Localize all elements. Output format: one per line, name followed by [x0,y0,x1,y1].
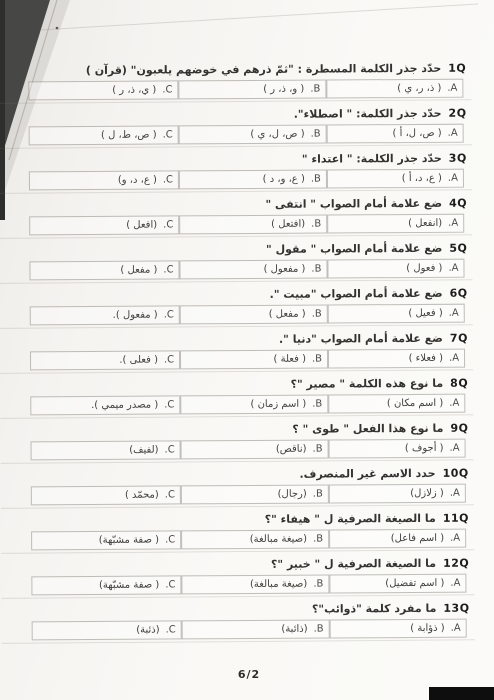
options-row: A. ( أجوف ) B. (ناقص) C. (لفيف) [31,439,466,461]
option-cell: B. (رجال) [181,485,329,505]
option-cell: C. ( ص، ط، ل ) [29,125,179,145]
exam-content: 1Q حدّد جذر الكلمة المسطرة : "ثمّ ذرهم ف… [28,61,470,649]
option-cell: B. (ناقص) [181,440,329,460]
option-cell: B. ( مفعل ) [180,305,328,325]
question-number: 12Q [443,556,469,571]
question-text: ضع علامة أمام الصواب " مقول " [266,241,442,257]
question-block: 11Q ما الصيغة الصرفية ل " هيفاء "؟ A. ( … [31,511,469,551]
option-cell: B. ( ع، و، د ) [179,170,327,190]
scan-speck [56,27,59,30]
option-text: (محمّد ) [125,490,159,501]
option-cell: B. (صيغة مبالغة) [181,575,329,595]
options-row: A. ( ذؤابة ) B. (ذائبة) C. (ذئبة) [32,619,467,641]
option-text: ( ذؤابة ) [410,623,444,634]
option-cell: A. (انفعل ) [327,214,464,234]
option-label: B. [310,84,320,95]
question-number: 5Q [449,241,467,256]
option-label: A. [449,398,459,409]
options-row: A. ( فعول ) B. ( مفعول ) C. ( مفعل ) [29,259,464,281]
option-label: A. [451,623,461,634]
option-cell: A. ( زلازل) [329,484,466,504]
question-block: 12Q ما الصيغة الصرفية ل " خبير "؟ A. ( ا… [31,556,469,596]
option-text: ( مصدر ميمي ). [91,400,158,411]
option-text: ( مفعول ). [113,310,158,321]
option-label: A. [450,533,460,544]
options-row: A. ( فعيل ) B. ( مفعل ) C. ( مفعول ). [30,304,465,326]
answer-write-space [188,629,276,630]
question-head: 11Q ما الصيغة الصرفية ل " هيفاء "؟ [31,511,469,529]
option-cell: A. ( اسم تفضيل) [329,574,466,594]
option-label: B. [312,399,322,410]
option-cell: C. ( مفعل ) [29,260,179,280]
option-text: ( فعلى ). [119,355,158,366]
option-cell: A. ( ع، د، أ ) [327,169,464,189]
option-text: (افعل ) [126,220,157,231]
question-text: ضع علامة أمام الصواب "مبيت ". [270,286,443,302]
question-number: 11Q [443,511,469,526]
option-cell: B. ( اسم زمان ) [180,395,328,415]
scanned-exam-page: { "page": { "footer": "6/2", "questions"… [0,0,494,700]
option-text: ( و، ذ، ر ) [263,84,304,95]
question-number: 7Q [450,331,468,346]
question-block: 9Q ما نوع هذا الفعل " طوى " ؟ A. ( أجوف … [30,421,468,461]
option-cell: A. ( اسم فاعل) [329,529,466,549]
question-number: 9Q [450,421,468,436]
option-text: ( ع، د، أ ) [402,173,442,184]
option-cell: A. ( ص، ل، أ ) [327,124,464,144]
option-cell: C. ( ع، د، و) [29,170,179,190]
options-row: A. ( ع، د، أ ) B. ( ع، و، د ) C. ( ع، د،… [29,169,464,191]
option-label: A. [448,263,458,274]
option-label: B. [311,129,321,140]
answer-write-space [37,495,119,496]
question-block: 7Q ضع علامة أمام الصواب "دنيا ". A. ( فع… [30,331,468,371]
option-cell: B. ( ص، ل، ي ) [179,125,327,145]
question-number: 3Q [449,151,467,166]
option-text: ( مفعول ) [264,264,306,275]
option-cell: A. ( فعيل ) [328,304,465,324]
scan-edge-strip [0,0,5,220]
option-cell: C. ( فعلى ). [30,350,180,370]
options-row: A. ( اسم تفضيل) B. (صيغة مبالغة) C. ( صف… [31,574,466,596]
option-label: C. [165,579,175,590]
option-text: ( فعول ) [406,263,442,274]
question-number: 4Q [449,196,467,211]
question-text: ما مفرد كلمة "ذوائب"؟ [312,601,437,617]
question-number: 8Q [450,376,468,391]
option-cell: C. ( ي، ذ، ر ) [28,80,178,100]
option-text: ( أجوف ) [405,443,444,454]
question-head: 5Q ضع علامة أمام الصواب " مقول " [29,241,467,259]
option-cell: B. ( مفعول ) [180,260,328,280]
option-label: C. [164,354,174,365]
option-cell: A. ( ذ، ر، ي ) [326,79,463,99]
option-cell: B. (افتعل ) [179,215,327,235]
option-label: B. [313,579,323,590]
option-label: A. [448,173,458,184]
page-top-edge-line [40,4,478,30]
question-head: 2Q حدّد جذر الكلمة: " اصطلاء". [28,106,466,124]
question-number: 13Q [443,601,469,616]
option-label: A. [448,218,458,229]
option-cell: C. (محمّد ) [31,485,181,505]
option-label: C. [163,174,173,185]
option-label: B. [312,444,322,455]
option-text: (لفيف) [129,445,158,456]
question-head: 9Q ما نوع هذا الفعل " طوى " ؟ [30,421,468,439]
option-label: A. [447,83,457,94]
question-text: حدّد جذر الكلمة: " اصطلاء". [294,106,442,122]
page-number: 6/2 [30,668,468,681]
option-text: ( فعلة ) [273,354,306,365]
option-text: ( مفعل ) [269,309,306,320]
paper-sheet: 1Q حدّد جذر الكلمة المسطرة : "ثمّ ذرهم ف… [0,0,494,700]
options-row: A. ( زلازل) B. (رجال) C. (محمّد ) [31,484,466,506]
option-label: A. [450,443,460,454]
option-cell: B. ( فعلة ) [180,350,328,370]
option-text: ( اسم تفضيل) [385,578,444,589]
option-label: A. [450,578,460,589]
answer-write-space [187,449,270,450]
question-text: ضع علامة أمام الصواب "دنيا ". [279,331,443,347]
option-label: C. [164,399,174,410]
question-block: 10Q حدد الاسم غير المنصرف. A. ( زلازل) B… [31,466,469,506]
option-label: C. [164,309,174,320]
option-text: ( اسم مكان ) [387,398,443,409]
option-text: ( مفعل ) [120,265,157,276]
option-label: B. [313,489,323,500]
question-text: حدّد جذر الكلمة: " اعتداء " [302,151,442,167]
option-text: (ناقص) [276,444,307,455]
option-label: A. [449,353,459,364]
option-cell: A. ( أجوف ) [329,439,466,459]
option-text: ( صفة مشبّهة) [99,535,159,546]
options-row: A. ( ص، ل، أ ) B. ( ص، ل، ي ) C. ( ص، ط،… [29,124,464,146]
option-label: B. [312,309,322,320]
question-block: 3Q حدّد جذر الكلمة: " اعتداء " A. ( ع، د… [29,151,467,191]
option-text: ( اسم زمان ) [250,399,306,410]
question-block: 6Q ضع علامة أمام الصواب "مبيت ". A. ( فع… [30,286,468,326]
scan-black-bar [429,687,494,700]
option-text: ( ع، و، د ) [263,174,305,185]
option-label: A. [450,488,460,499]
question-number: 2Q [448,106,466,121]
answer-write-space [38,630,130,631]
option-label: A. [449,308,459,319]
option-text: ( فعلاء ) [409,353,444,364]
option-cell: C. (افعل ) [29,215,179,235]
option-label: B. [313,534,323,545]
option-cell: C. ( صفة مشبّهة) [31,575,181,595]
question-text: ما نوع هذه الكلمة " مصير "؟ [291,376,444,392]
question-number: 6Q [450,286,468,301]
option-cell: C. (لفيف) [31,440,181,460]
question-head: 10Q حدد الاسم غير المنصرف. [31,466,469,484]
option-cell: A. ( فعول ) [327,259,464,279]
question-block: 13Q ما مفرد كلمة "ذوائب"؟ A. ( ذؤابة ) B… [32,601,470,641]
option-text: (افتعل ) [271,219,305,230]
option-cell: C. (ذئبة) [32,620,182,640]
option-text: (ذائبة) [281,624,307,635]
option-text: (انفعل ) [408,218,442,229]
question-block: 5Q ضع علامة أمام الصواب " مقول " A. ( فع… [29,241,467,281]
option-cell: B. (ذائبة) [182,620,330,640]
option-label: C. [166,624,176,635]
option-text: ( ع، د، و) [118,175,157,186]
option-label: C. [165,534,175,545]
option-label: B. [314,624,324,635]
option-label: C. [163,264,173,275]
option-label: C. [162,84,172,95]
option-text: ( فعيل ) [408,308,442,319]
question-head: 7Q ضع علامة أمام الصواب "دنيا ". [30,331,468,349]
question-head: 8Q ما نوع هذه الكلمة " مصير "؟ [30,376,468,394]
question-head: 6Q ضع علامة أمام الصواب "مبيت ". [30,286,468,304]
option-text: ( زلازل) [410,488,444,499]
option-cell: A. ( اسم مكان ) [328,394,465,414]
options-row: A. (انفعل ) B. (افتعل ) C. (افعل ) [29,214,464,236]
option-label: B. [311,174,321,185]
answer-write-space [187,494,272,495]
option-cell: C. ( مفعول ). [30,305,180,325]
options-row: A. ( اسم فاعل) B. (صيغة مبالغة) C. ( صفة… [31,529,466,551]
question-number: 10Q [443,466,469,481]
option-cell: A. ( فعلاء ) [328,349,465,369]
options-row: A. ( فعلاء ) B. ( فعلة ) C. ( فعلى ). [30,349,465,371]
option-label: C. [163,129,173,140]
answer-write-space [35,225,120,226]
question-head: 1Q حدّد جذر الكلمة المسطرة : "ثمّ ذرهم ف… [28,61,466,79]
option-label: B. [311,264,321,275]
option-text: ( ي، ذ، ر ) [112,85,156,96]
option-text: ( ص، ل، ي ) [250,129,304,140]
option-text: ( ص، ط، ل ) [101,130,157,141]
options-row: A. ( ذ، ر، ي ) B. ( و، ذ، ر ) C. ( ي، ذ،… [28,79,463,101]
question-block: 4Q ضع علامة أمام الصواب " انتفى " A. (ان… [29,196,467,236]
question-text: حدد الاسم غير المنصرف. [299,466,435,482]
question-head: 4Q ضع علامة أمام الصواب " انتفى " [29,196,467,214]
option-label: C. [163,219,173,230]
option-label: A. [448,128,458,139]
option-label: B. [312,354,322,365]
options-row: A. ( اسم مكان ) B. ( اسم زمان ) C. ( مصد… [30,394,465,416]
question-text: حدّد جذر الكلمة المسطرة : "ثمّ ذرهم في خ… [86,61,441,78]
question-text: ضع علامة أمام الصواب " انتفى " [265,196,442,212]
question-block: 1Q حدّد جذر الكلمة المسطرة : "ثمّ ذرهم ف… [28,61,466,101]
option-label: C. [165,489,175,500]
question-number: 1Q [448,61,466,76]
question-head: 13Q ما مفرد كلمة "ذوائب"؟ [32,601,470,619]
answer-write-space [37,450,124,451]
question-block: 2Q حدّد جذر الكلمة: " اصطلاء". A. ( ص، ل… [28,106,466,146]
option-text: (رجال) [278,489,307,500]
option-cell: C. ( صفة مشبّهة) [31,530,181,550]
question-head: 12Q ما الصيغة الصرفية ل " خبير "؟ [31,556,469,574]
option-text: (صيغة مبالغة) [250,579,307,590]
question-text: ما الصيغة الصرفية ل " خبير "؟ [271,556,436,572]
option-cell: B. (صيغة مبالغة) [181,530,329,550]
option-cell: C. ( مصدر ميمي ). [30,395,180,415]
option-text: ( ص، ل، أ ) [392,128,441,139]
option-text: ( صفة مشبّهة) [99,580,159,591]
option-text: ( ذ، ر، ي ) [397,83,441,94]
option-cell: A. ( ذؤابة ) [330,619,467,639]
option-cell: B. ( و، ذ، ر ) [178,80,326,100]
option-label: B. [311,219,321,230]
question-text: ما نوع هذا الفعل " طوى " ؟ [292,421,443,437]
option-text: (ذئبة) [136,625,159,636]
option-label: C. [164,444,174,455]
question-text: ما الصيغة الصرفية ل " هيفاء "؟ [265,511,436,527]
question-block: 8Q ما نوع هذه الكلمة " مصير "؟ A. ( اسم … [30,376,468,416]
option-text: ( اسم فاعل) [391,533,444,544]
option-text: (صيغة مبالغة) [250,534,307,545]
question-head: 3Q حدّد جذر الكلمة: " اعتداء " [29,151,467,169]
